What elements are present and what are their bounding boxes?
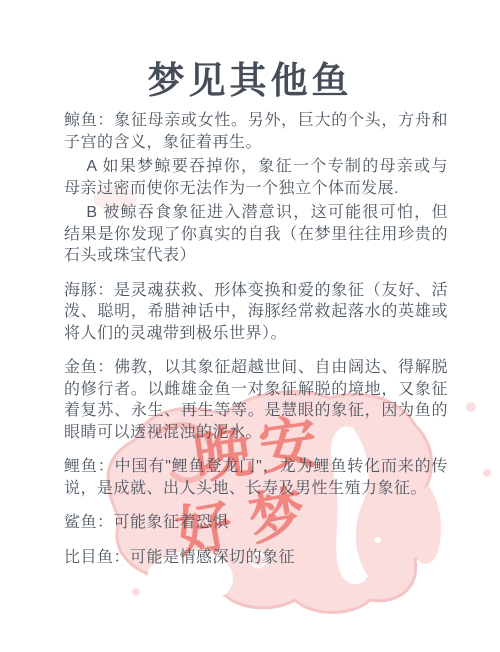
paragraph: 海豚：是灵魂获救、形体变换和爱的象征（友好、活泼、聪明，希腊神话中，海豚经常救起… (64, 280, 448, 345)
paragraph: 比目鱼：可能是情感深切的象征 (64, 547, 448, 569)
note-page: 晚安 好梦 梦见其他鱼 鲸鱼：象征母亲或女性。另外，巨大的个头，方舟和子宫的含义… (0, 0, 500, 652)
paragraph-list: 鲸鱼：象征母亲或女性。另外，巨大的个头，方舟和子宫的含义，象征着再生。A 如果梦… (64, 110, 448, 568)
paragraph: B 被鲸吞食象征进入潜意识，这可能很可怕，但结果是你发现了你真实的自我（在梦里往… (64, 202, 448, 267)
paragraph: 鲸鱼：象征母亲或女性。另外，巨大的个头，方舟和子宫的含义，象征着再生。 (64, 110, 448, 153)
paragraph: 鲨鱼：可能象征着恐惧 (64, 512, 448, 534)
paragraph: 金鱼：佛教，以其象征超越世间、自由阔达、得解脱的修行者。以雌雄金鱼一对象征解脱的… (64, 357, 448, 443)
paragraph: 鲤鱼：中国有"鲤鱼登龙门"，龙为鲤鱼转化而来的传说，是成就、出人头地、长寿及男性… (64, 456, 448, 499)
content-area: 梦见其他鱼 鲸鱼：象征母亲或女性。另外，巨大的个头，方舟和子宫的含义，象征着再生… (0, 0, 500, 652)
page-title: 梦见其他鱼 (0, 50, 500, 104)
paragraph: A 如果梦鲸要吞掉你，象征一个专制的母亲或与母亲过密而使你无法作为一个独立个体而… (64, 156, 448, 199)
